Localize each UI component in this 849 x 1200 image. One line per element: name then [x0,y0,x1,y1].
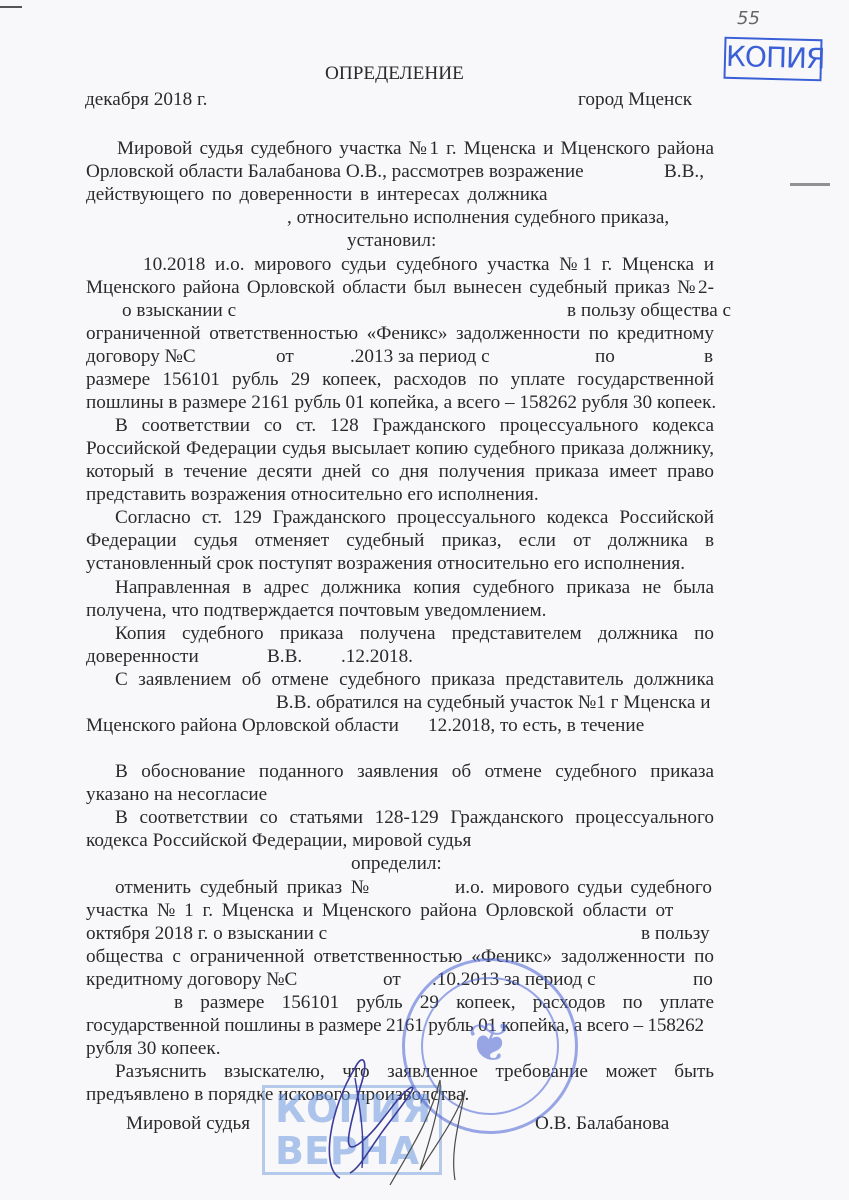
para5-line-1: Копия судебного приказа получена предста… [115,622,714,646]
para2-line-2: Российской Федерации судья высылает копи… [86,437,714,461]
para1-line-5d: по [595,345,615,369]
signature-role: Мировой судья [126,1112,250,1136]
established-heading: установил: [347,229,436,253]
para6-line-2: В.В. обратился на судебный участок №1 г … [276,691,711,715]
decided-heading: определил: [351,852,442,876]
para1-line-5b: от [276,345,294,369]
para3-line-1: Согласно ст. 129 Гражданского процессуал… [115,506,714,530]
scanned-document-page: 55 КОПИЯ ОПРЕДЕЛЕНИЕ декабря 2018 г. гор… [0,0,849,1200]
page-number: 55 [737,8,760,29]
intro-line-2: Орловской области Балабанова О.В., рассм… [86,160,584,184]
para5-line-2b: В.В. [267,645,302,669]
para6-line-3b: 12.2018, то есть, в течение [428,714,644,738]
scan-edge-mark [0,6,22,8]
ruling-line-2: участка № 1 г. Мценска и Мценского район… [86,899,673,923]
ruling-line-3b: в пользу [641,922,710,946]
ruling-line-5a: кредитному договору №С [86,968,297,992]
ruling-line-4: общества с ограниченной ответственностью… [86,945,714,969]
para2-line-3: который в течение десяти дней со дня пол… [86,460,714,484]
intro-line-1: Мировой судья судебного участка №1 г. Мц… [117,137,714,161]
para2-line-1: В соответствии со ст. 128 Гражданского п… [115,414,714,438]
intro-line-3: действующего по доверенности в интересах… [86,183,548,207]
para5-line-2a: доверенности [86,645,199,669]
ruling-line-5b: от [383,968,401,992]
intro-line-4: , относительно исполнения судебного прик… [287,206,669,230]
para1-line-3a: о взыскании с [122,299,236,323]
para1-line-5a: договору №С [86,345,196,369]
margin-mark [790,183,830,186]
para2-line-4: представить возражения относительно его … [86,483,539,507]
para1-line-6: размере 156101 рубль 29 копеек, расходов… [86,368,714,392]
para3-line-3: установленный срок поступят возражения о… [86,552,685,576]
para8-line-1: В соответствии со статьями 128-129 Гражд… [115,806,714,830]
ruling-line-1a: отменить судебный приказ № [115,876,369,900]
ruling-line-7: государственной пошлины в размере 2161 р… [86,1014,704,1038]
signature-name: О.В. Балабанова [535,1112,669,1136]
para4-line-2: получена, что подтверждается почтовым ув… [86,599,546,623]
para6-line-3a: Мценского района Орловской области [86,714,399,738]
para1-line-4: ограниченной ответственностью «Феникс» з… [86,322,714,346]
para1-line-5c: .2013 за период с [350,345,490,369]
copy-stamp: КОПИЯ [723,37,822,82]
para1-line-1: 10.2018 и.о. мирового судьи судебного уч… [143,253,714,277]
para1-line-3b: в пользу общества с [567,299,731,323]
ruling-line-5d: по [693,968,713,992]
signature-scribble-2-icon [370,1060,480,1190]
para6-line-1: С заявлением об отмене судебного приказа… [115,668,714,692]
ruling-line-8: рубля 30 копеек. [86,1037,221,1061]
para8-line-2: кодекса Российской Федерации, мировой су… [86,829,471,853]
intro-line-2-end: В.В., [664,160,704,184]
para3-line-2: Федерации судья отменяет судебный приказ… [86,529,714,553]
para4-line-1: Направленная в адрес должника копия суде… [115,576,714,600]
para7-line-1: В обоснование поданного заявления об отм… [115,760,714,784]
document-title: ОПРЕДЕЛЕНИЕ [325,62,464,86]
para5-line-2c: .12.2018. [341,645,413,669]
para1-line-5e: в [704,345,713,369]
para7-line-2: указано на несогласие [86,783,267,807]
document-date: декабря 2018 г. [85,88,207,112]
document-city: город Мценск [578,88,692,112]
para1-line-2: Мценского района Орловской области был в… [86,276,714,300]
ruling-line-1b: и.о. мирового судьи судебного [455,876,712,900]
ruling-line-3a: октября 2018 г. о взыскании с [86,922,327,946]
para1-line-7: пошлины в размере 2161 рубль 01 копейка,… [86,391,716,415]
